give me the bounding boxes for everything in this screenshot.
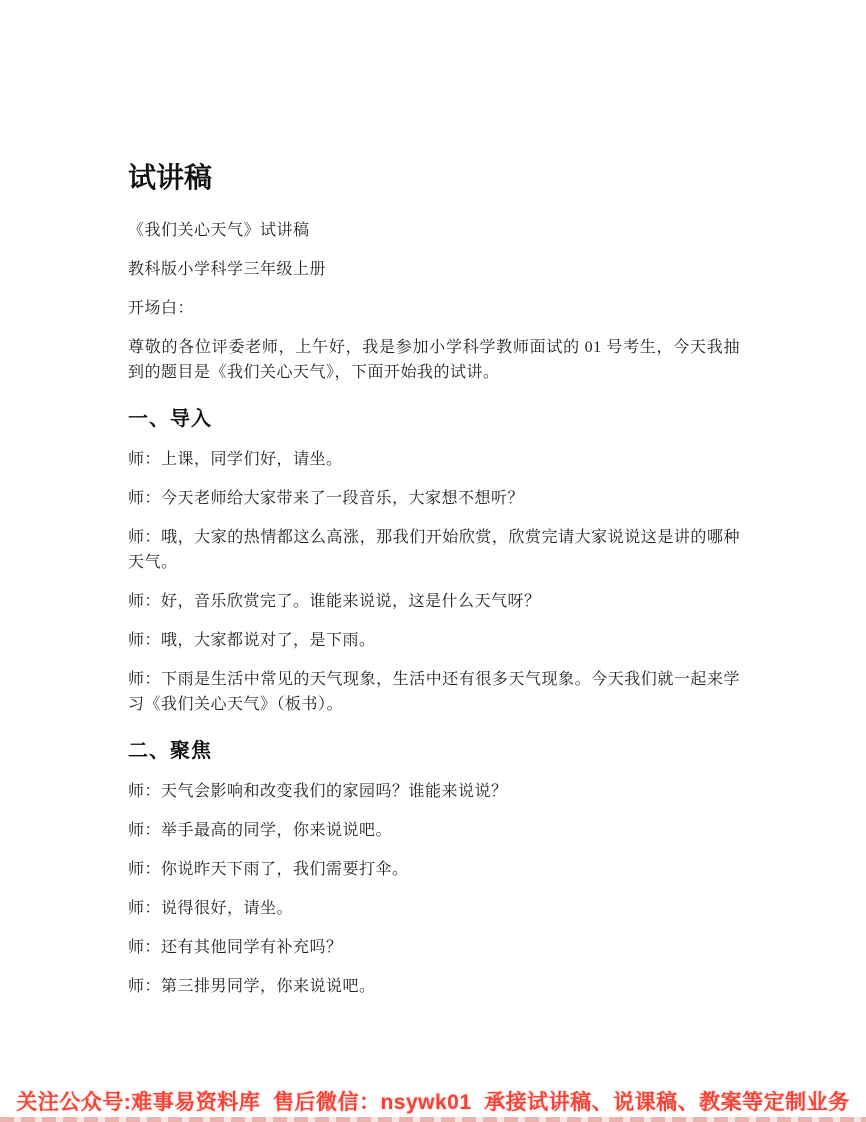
meta-line: 《我们关心天气》试讲稿 bbox=[128, 218, 740, 243]
document-content: 试讲稿 《我们关心天气》试讲稿 教科版小学科学三年级上册 开场白： 尊敬的各位评… bbox=[0, 0, 866, 999]
script-paragraph: 师：上课，同学们好，请坐。 bbox=[128, 447, 740, 472]
script-paragraph: 师：好，音乐欣赏完了。谁能来说说，这是什么天气呀？ bbox=[128, 589, 740, 614]
page-title: 试讲稿 bbox=[128, 164, 740, 194]
script-paragraph: 师：哦，大家的热情都这么高涨，那我们开始欣赏，欣赏完请大家说说这是讲的哪种天气。 bbox=[128, 525, 740, 575]
script-paragraph: 师：你说昨天下雨了，我们需要打伞。 bbox=[128, 857, 740, 882]
page-bottom-edge bbox=[0, 1117, 866, 1122]
script-paragraph: 师：第三排男同学，你来说说吧。 bbox=[128, 974, 740, 999]
section-heading-daoru: 一、导入 bbox=[128, 405, 740, 433]
intro-paragraph: 尊敬的各位评委老师，上午好，我是参加小学科学教师面试的 01 号考生，今天我抽到… bbox=[128, 335, 740, 385]
script-paragraph: 师：今天老师给大家带来了一段音乐，大家想不想听？ bbox=[128, 486, 740, 511]
meta-line: 教科版小学科学三年级上册 bbox=[128, 257, 740, 282]
script-paragraph: 师：天气会影响和改变我们的家园吗？谁能来说说？ bbox=[128, 779, 740, 804]
script-paragraph: 师：说得很好，请坐。 bbox=[128, 896, 740, 921]
script-paragraph: 师：还有其他同学有补充吗？ bbox=[128, 935, 740, 960]
footer-ad-banner: 关注公众号:难事易资料库 售后微信：nsywk01 承接试讲稿、说课稿、教案等定… bbox=[0, 1090, 866, 1116]
script-paragraph: 师：哦，大家都说对了，是下雨。 bbox=[128, 628, 740, 653]
script-paragraph: 师：举手最高的同学，你来说说吧。 bbox=[128, 818, 740, 843]
meta-line: 开场白： bbox=[128, 296, 740, 321]
script-paragraph: 师：下雨是生活中常见的天气现象，生活中还有很多天气现象。今天我们就一起来学习《我… bbox=[128, 667, 740, 717]
section-heading-jujiao: 二、聚焦 bbox=[128, 737, 740, 765]
document-page: 试讲稿 《我们关心天气》试讲稿 教科版小学科学三年级上册 开场白： 尊敬的各位评… bbox=[0, 0, 866, 1122]
